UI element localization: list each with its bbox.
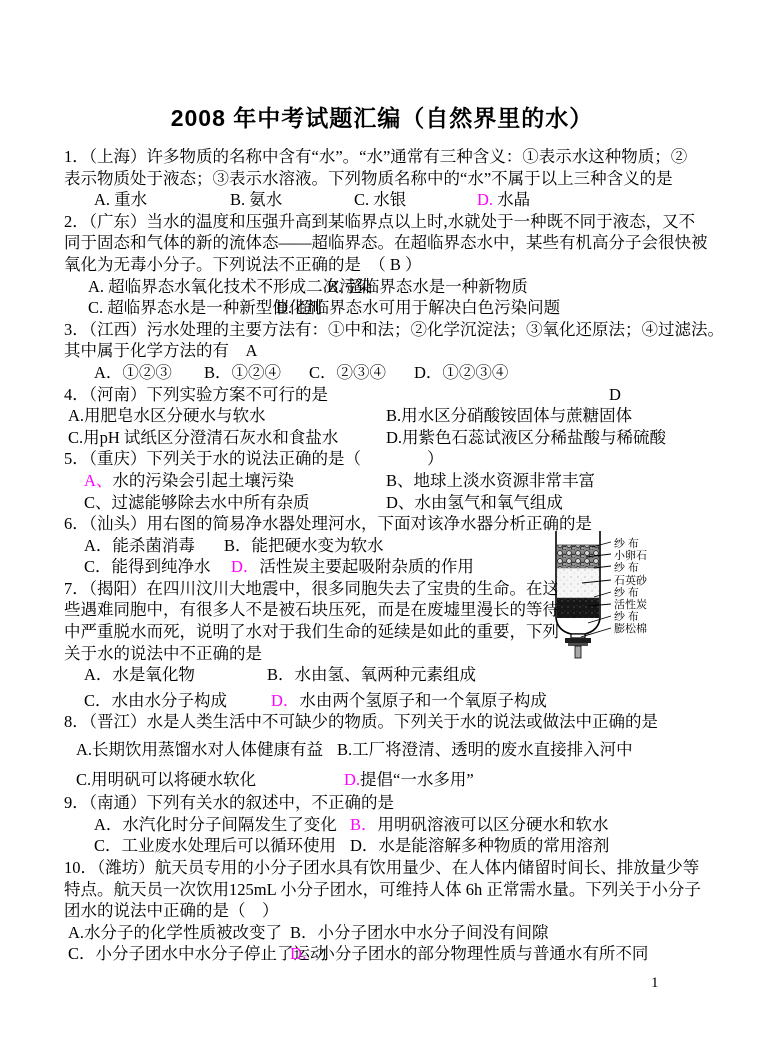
option-c: C．工业废水处理后可以循环使用 [94, 835, 336, 857]
purifier-bottle-icon: 纱 布 小卵石 纱 布 石英砂 纱 布 活性炭 纱 布 膨松棉 [548, 526, 718, 663]
option-letter: D. [477, 190, 497, 209]
option-text: 水由氢气和氧气组成 [414, 493, 563, 512]
options-row: C．小分子团水中水分子停止了运动 D．小分子团水的部分物理性质与普通水有所不同 [64, 943, 714, 965]
option-letter: B. [386, 406, 401, 425]
option-c: C．小分子团水中水分子停止了运动 [68, 943, 327, 965]
option-text: 氨水 [249, 190, 282, 209]
options-row: C. 超临界态水是一种新型催化剂 D. 超临界态水可用于解决白色污染问题 [64, 297, 714, 319]
options-row: C．工业废水处理后可以循环使用 D．水是能溶解多种物质的常用溶剂 [64, 835, 714, 857]
stem-line: 同于固态和气体的新的流体态——超临界态。在超临界态水中，某些有机高分子会很快被 [64, 232, 714, 254]
option-text: 水的污染会引起土壤污染 [112, 471, 294, 490]
option-text: 用水区分硝酸铵固体与蔗糖固体 [401, 406, 632, 425]
option-a: A.长期饮用蒸馏水对人体健康有益 [76, 739, 323, 761]
options-row: A. 重水 B. 氨水 C. 水银 D. 水晶 [64, 189, 714, 211]
stem-line: 1．（上海）许多物质的名称中含有“水”。“水”通常有三种含义：①表示水这种物质；… [64, 146, 714, 168]
stem-line: 团水的说法中正确的是（ ） [64, 900, 714, 922]
options-row: A．水汽化时分子间隔发生了变化 B．用明矾溶液可以区分硬水和软水 [64, 814, 714, 836]
option-letter: D、 [386, 493, 414, 512]
options-row: A、水的污染会引起土壤污染 B、地球上淡水资源非常丰富 [64, 470, 714, 492]
option-letter: D． [231, 557, 259, 576]
stem-line: 表示物质处于液态；③表示水溶液。下列物质名称中的“水”不属于以上三种含义的是 [64, 168, 714, 190]
option-text: 地球上淡水资源非常丰富 [414, 471, 596, 490]
option-c: C．能得到纯净水 [84, 556, 211, 578]
stem-line: 特点。航天员一次饮用125mL 小分子团水，可维持人体 6h 正常需水量。下列关… [64, 879, 714, 901]
option-letter: B. [337, 740, 352, 759]
option-letter: B、 [386, 471, 414, 490]
option-letter: A. [68, 923, 84, 942]
figure-label-gauze-4: 纱 布 [614, 609, 639, 623]
option-d: D．水由两个氢原子和一个氧原子构成 [271, 690, 547, 712]
option-d: D．水是能溶解多种物质的常用溶剂 [350, 835, 609, 857]
options-row: A．①②③ B．①②④ C．②③④ D．①②③④ [64, 362, 714, 384]
option-text: 重水 [114, 190, 147, 209]
option-letter: D． [414, 363, 442, 382]
options-row: C.用pH 试纸区分澄清石灰水和食盐水 D.用紫色石蕊试液区分稀盐酸与稀硫酸 [64, 427, 714, 449]
option-text: 超临界态水可用于解决白色污染问题 [296, 298, 560, 317]
option-d: D. 超临界态水可用于解决白色污染问题 [276, 297, 560, 319]
option-letter: B． [224, 536, 252, 555]
option-text: 提倡“一水多用” [360, 770, 474, 789]
option-letter: D． [350, 836, 378, 855]
option-text: 工厂将澄清、透明的废水直接排入河中 [352, 740, 633, 759]
option-letter: A． [94, 815, 122, 834]
exam-paper-page: 2008 年中考试题汇编（自然界里的水） 1．（上海）许多物质的名称中含有“水”… [0, 0, 764, 1064]
option-b: B．水由氢、氧两种元素组成 [267, 664, 476, 686]
option-letter: C. [354, 190, 373, 209]
stem-text: 4．（河南）下列实验方案不可行的是 [64, 385, 328, 404]
options-row: A．水是氧化物 B．水由氢、氧两种元素组成 [64, 664, 714, 686]
option-letter: C、 [84, 493, 112, 512]
option-c: C.用pH 试纸区分澄清石灰水和食盐水 [68, 427, 338, 449]
option-d: D、水由氢气和氧气组成 [386, 492, 563, 514]
option-text: 水汽化时分子间隔发生了变化 [122, 815, 337, 834]
stem-line: 5．（重庆）下列关于水的说法正确的是（ ） [64, 448, 714, 470]
option-letter: D. [344, 770, 360, 789]
option-letter: D． [271, 691, 299, 710]
option-text: 小分子团水中水分子间没有间隙 [318, 923, 549, 942]
option-text: 过滤能够除去水中所有杂质 [112, 493, 310, 512]
option-text: 水是能溶解多种物质的常用溶剂 [378, 836, 609, 855]
option-text: 超临界态水是一种新物质 [346, 277, 528, 296]
option-text: 水由水分子构成 [112, 691, 228, 710]
option-letter: D. [276, 298, 296, 317]
figure-label-pebbles: 小卵石 [614, 548, 647, 562]
option-b: B. 超临界态水是一种新物质 [327, 276, 528, 298]
options-row: C.用明矾可以将硬水软化 D.提倡“一水多用” [64, 769, 714, 791]
option-a: A.水分子的化学性质被改变了 [68, 922, 282, 944]
option-a: A．①②③ [94, 362, 172, 384]
option-a: A.用肥皂水区分硬水与软水 [68, 405, 266, 427]
option-text: 水是氧化物 [112, 665, 195, 684]
option-d: D.用紫色石蕊试液区分稀盐酸与稀硫酸 [386, 427, 666, 449]
option-text: ①②③④ [442, 363, 508, 382]
option-b: B.用水区分硝酸铵固体与蔗糖固体 [386, 405, 632, 427]
option-text: 用pH 试纸区分澄清石灰水和食盐水 [83, 428, 338, 447]
figure-label-gauze-3: 纱 布 [614, 585, 639, 599]
question-8: 8．（晋江）水是人类生活中不可缺少的物质。下列关于水的说法或做法中正确的是 A.… [64, 711, 714, 790]
option-letter: C． [309, 363, 337, 382]
option-a: A．能杀菌消毒 [84, 535, 195, 557]
option-c: C、过滤能够除去水中所有杂质 [84, 492, 310, 514]
stem-line: 氧化为无毒小分子。下列说法不正确的是 （ B ） [64, 254, 714, 276]
option-letter: C. [76, 770, 91, 789]
option-letter: C． [68, 944, 96, 963]
figure-label-gauze-1: 纱 布 [614, 536, 639, 550]
option-text: 长期饮用蒸馏水对人体健康有益 [92, 740, 323, 759]
options-row: A.长期饮用蒸馏水对人体健康有益 B.工厂将澄清、透明的废水直接排入河中 [64, 739, 714, 761]
option-text: 用明矾可以将硬水软化 [91, 770, 256, 789]
option-letter: B． [290, 923, 318, 942]
option-letter: A. [76, 740, 92, 759]
option-text: ①②③ [122, 363, 172, 382]
stem-line: 3．（江西）污水处理的主要方法有：①中和法；②化学沉淀法；③氧化还原法；④过滤法… [64, 319, 714, 341]
options-row: A. 超临界态水氧化技术不形成二次污染 B. 超临界态水是一种新物质 [64, 276, 714, 298]
stem-line: 2．（广东）当水的温度和压强升高到某临界点以上时,水就处于一种既不同于液态，又不 [64, 211, 714, 233]
options-row: A.用肥皂水区分硬水与软水 B.用水区分硝酸铵固体与蔗糖固体 [64, 405, 714, 427]
option-letter: D. [386, 428, 402, 447]
figure-label-quartz-sand: 石英砂 [614, 573, 648, 587]
option-letter: C. [88, 298, 107, 317]
option-d: D．小分子团水的部分物理性质与普通水有所不同 [290, 943, 648, 965]
option-b: B. 氨水 [230, 189, 282, 211]
page-title: 2008 年中考试题汇编（自然界里的水） [0, 100, 764, 133]
option-b: B.工厂将澄清、透明的废水直接排入河中 [337, 739, 633, 761]
option-letter: B． [350, 815, 378, 834]
option-text: 用肥皂水区分硬水与软水 [84, 406, 266, 425]
option-letter: B． [267, 665, 295, 684]
option-letter: A. [68, 406, 84, 425]
option-letter: A． [94, 363, 122, 382]
question-3: 3．（江西）污水处理的主要方法有：①中和法；②化学沉淀法；③氧化还原法；④过滤法… [64, 319, 714, 384]
option-letter: A． [84, 665, 112, 684]
question-9: 9．（南通）下列有关水的叙述中，不正确的是 A．水汽化时分子间隔发生了变化 B．… [64, 792, 714, 857]
answer-letter: D [609, 384, 621, 406]
question-1: 1．（上海）许多物质的名称中含有“水”。“水”通常有三种含义：①表示水这种物质；… [64, 146, 714, 211]
option-a: A、水的污染会引起土壤污染 [84, 470, 294, 492]
option-text: 能得到纯净水 [112, 557, 211, 576]
option-letter: C． [94, 836, 122, 855]
question-4: 4．（河南）下列实验方案不可行的是 D A.用肥皂水区分硬水与软水 B.用水区分… [64, 384, 714, 449]
option-a: A．水是氧化物 [84, 664, 195, 686]
option-letter: A. [94, 190, 114, 209]
option-d: D. 水晶 [477, 189, 530, 211]
option-text: 能把硬水变为软水 [252, 536, 384, 555]
question-5: 5．（重庆）下列关于水的说法正确的是（ ） A、水的污染会引起土壤污染 B、地球… [64, 448, 714, 513]
option-b: B．①②④ [204, 362, 281, 384]
options-row: C．水由水分子构成 D．水由两个氢原子和一个氧原子构成 [64, 690, 714, 712]
option-text: 水由氢、氧两种元素组成 [295, 665, 477, 684]
figure-label-fluffy-cotton: 膨松棉 [614, 621, 647, 635]
option-text: 小分子团水的部分物理性质与普通水有所不同 [318, 944, 648, 963]
option-text: 用紫色石蕊试液区分稀盐酸与稀硫酸 [402, 428, 666, 447]
option-b: B．用明矾溶液可以区分硬水和软水 [350, 814, 609, 836]
option-a: A. 重水 [94, 189, 147, 211]
page-number: 1 [651, 975, 659, 992]
option-text: ②③④ [337, 363, 387, 382]
option-text: 水银 [373, 190, 406, 209]
option-a: A．水汽化时分子间隔发生了变化 [94, 814, 337, 836]
option-b: B．能把硬水变为软水 [224, 535, 384, 557]
water-purifier-diagram: 纱 布 小卵石 纱 布 石英砂 纱 布 活性炭 纱 布 膨松棉 [548, 526, 718, 663]
option-b: B、地球上淡水资源非常丰富 [386, 470, 595, 492]
figure-label-activated-carbon: 活性炭 [614, 597, 647, 611]
question-2: 2．（广东）当水的温度和压强升高到某临界点以上时,水就处于一种既不同于液态，又不… [64, 211, 714, 319]
option-letter: B． [204, 363, 232, 382]
option-b: B．小分子团水中水分子间没有间隙 [290, 922, 549, 944]
option-d: D．活性炭主要起吸附杂质的作用 [231, 556, 474, 578]
stem-line: 其中属于化学方法的有 A [64, 340, 714, 362]
option-letter: C． [84, 557, 112, 576]
options-row: A.水分子的化学性质被改变了 B．小分子团水中水分子间没有间隙 [64, 922, 714, 944]
option-text: 工业废水处理后可以循环使用 [122, 836, 337, 855]
option-text: 能杀菌消毒 [112, 536, 195, 555]
option-text: 水晶 [497, 190, 530, 209]
question-10: 10．（潍坊）航天员专用的小分子团水具有饮用量少、在人体内储留时间长、排放量少等… [64, 857, 714, 965]
stem-line: 9．（南通）下列有关水的叙述中，不正确的是 [64, 792, 714, 814]
stem-line: 8．（晋江）水是人类生活中不可缺少的物质。下列关于水的说法或做法中正确的是 [64, 711, 714, 733]
option-letter: A． [84, 536, 112, 555]
options-row: C、过滤能够除去水中所有杂质 D、水由氢气和氧气组成 [64, 492, 714, 514]
option-letter: B. [327, 277, 346, 296]
option-text: 用明矾溶液可以区分硬水和软水 [378, 815, 609, 834]
option-letter: C． [84, 691, 112, 710]
option-d: D．①②③④ [414, 362, 508, 384]
option-letter: D． [290, 944, 318, 963]
option-text: ①②④ [232, 363, 282, 382]
option-c: C. 水银 [354, 189, 406, 211]
stem-line: 10．（潍坊）航天员专用的小分子团水具有饮用量少、在人体内储留时间长、排放量少等 [64, 857, 714, 879]
option-c: C.用明矾可以将硬水软化 [76, 769, 256, 791]
option-text: 水由两个氢原子和一个氧原子构成 [299, 691, 547, 710]
option-text: 水分子的化学性质被改变了 [84, 923, 282, 942]
figure-label-gauze-2: 纱 布 [614, 560, 639, 574]
option-letter: A. [88, 277, 108, 296]
option-letter: B. [230, 190, 249, 209]
option-letter: C. [68, 428, 83, 447]
option-c: C．②③④ [309, 362, 386, 384]
stem-line: 4．（河南）下列实验方案不可行的是 D [64, 384, 714, 406]
option-c: C．水由水分子构成 [84, 690, 227, 712]
option-d: D.提倡“一水多用” [344, 769, 474, 791]
option-letter: A、 [84, 471, 112, 490]
option-text: 活性炭主要起吸附杂质的作用 [259, 557, 474, 576]
